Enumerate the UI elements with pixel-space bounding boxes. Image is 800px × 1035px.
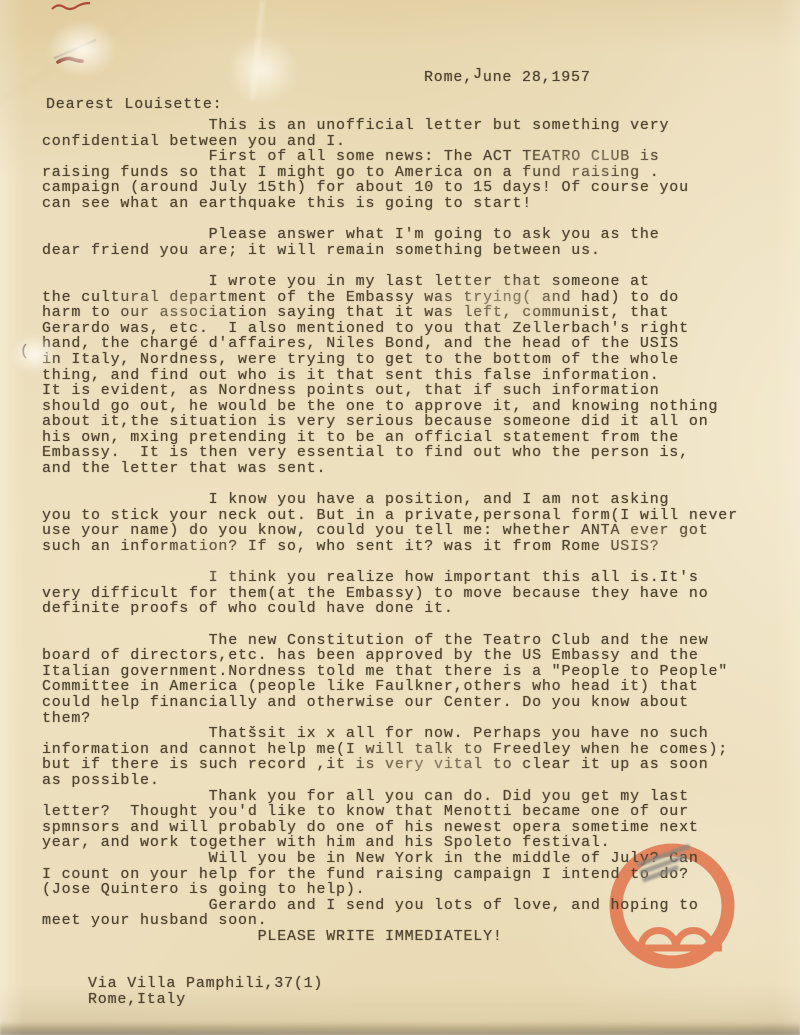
paper-crease (251, 0, 264, 100)
date-raised-letter: J (473, 66, 483, 83)
letter-page: Rome,June 28,1957 Dearest Louisette: Thi… (0, 0, 800, 1035)
paper-blemish (226, 34, 298, 106)
page-bottom-shadow (0, 1021, 800, 1035)
paper-wrinkle (0, 15, 138, 107)
date-city: Rome, (424, 69, 473, 86)
red-pen-scribble (52, 3, 90, 9)
margin-annotation: ( (20, 344, 30, 360)
letter-body: This is an unofficial letter but somethi… (42, 118, 738, 944)
sender-address: Via Villa Pamphili,37(1) Rome,Italy (88, 976, 323, 1007)
greeting: Dearest Louisette: (46, 97, 222, 113)
date-line: Rome,June 28,1957 (424, 70, 591, 86)
date-rest: une 28,1957 (483, 69, 591, 86)
